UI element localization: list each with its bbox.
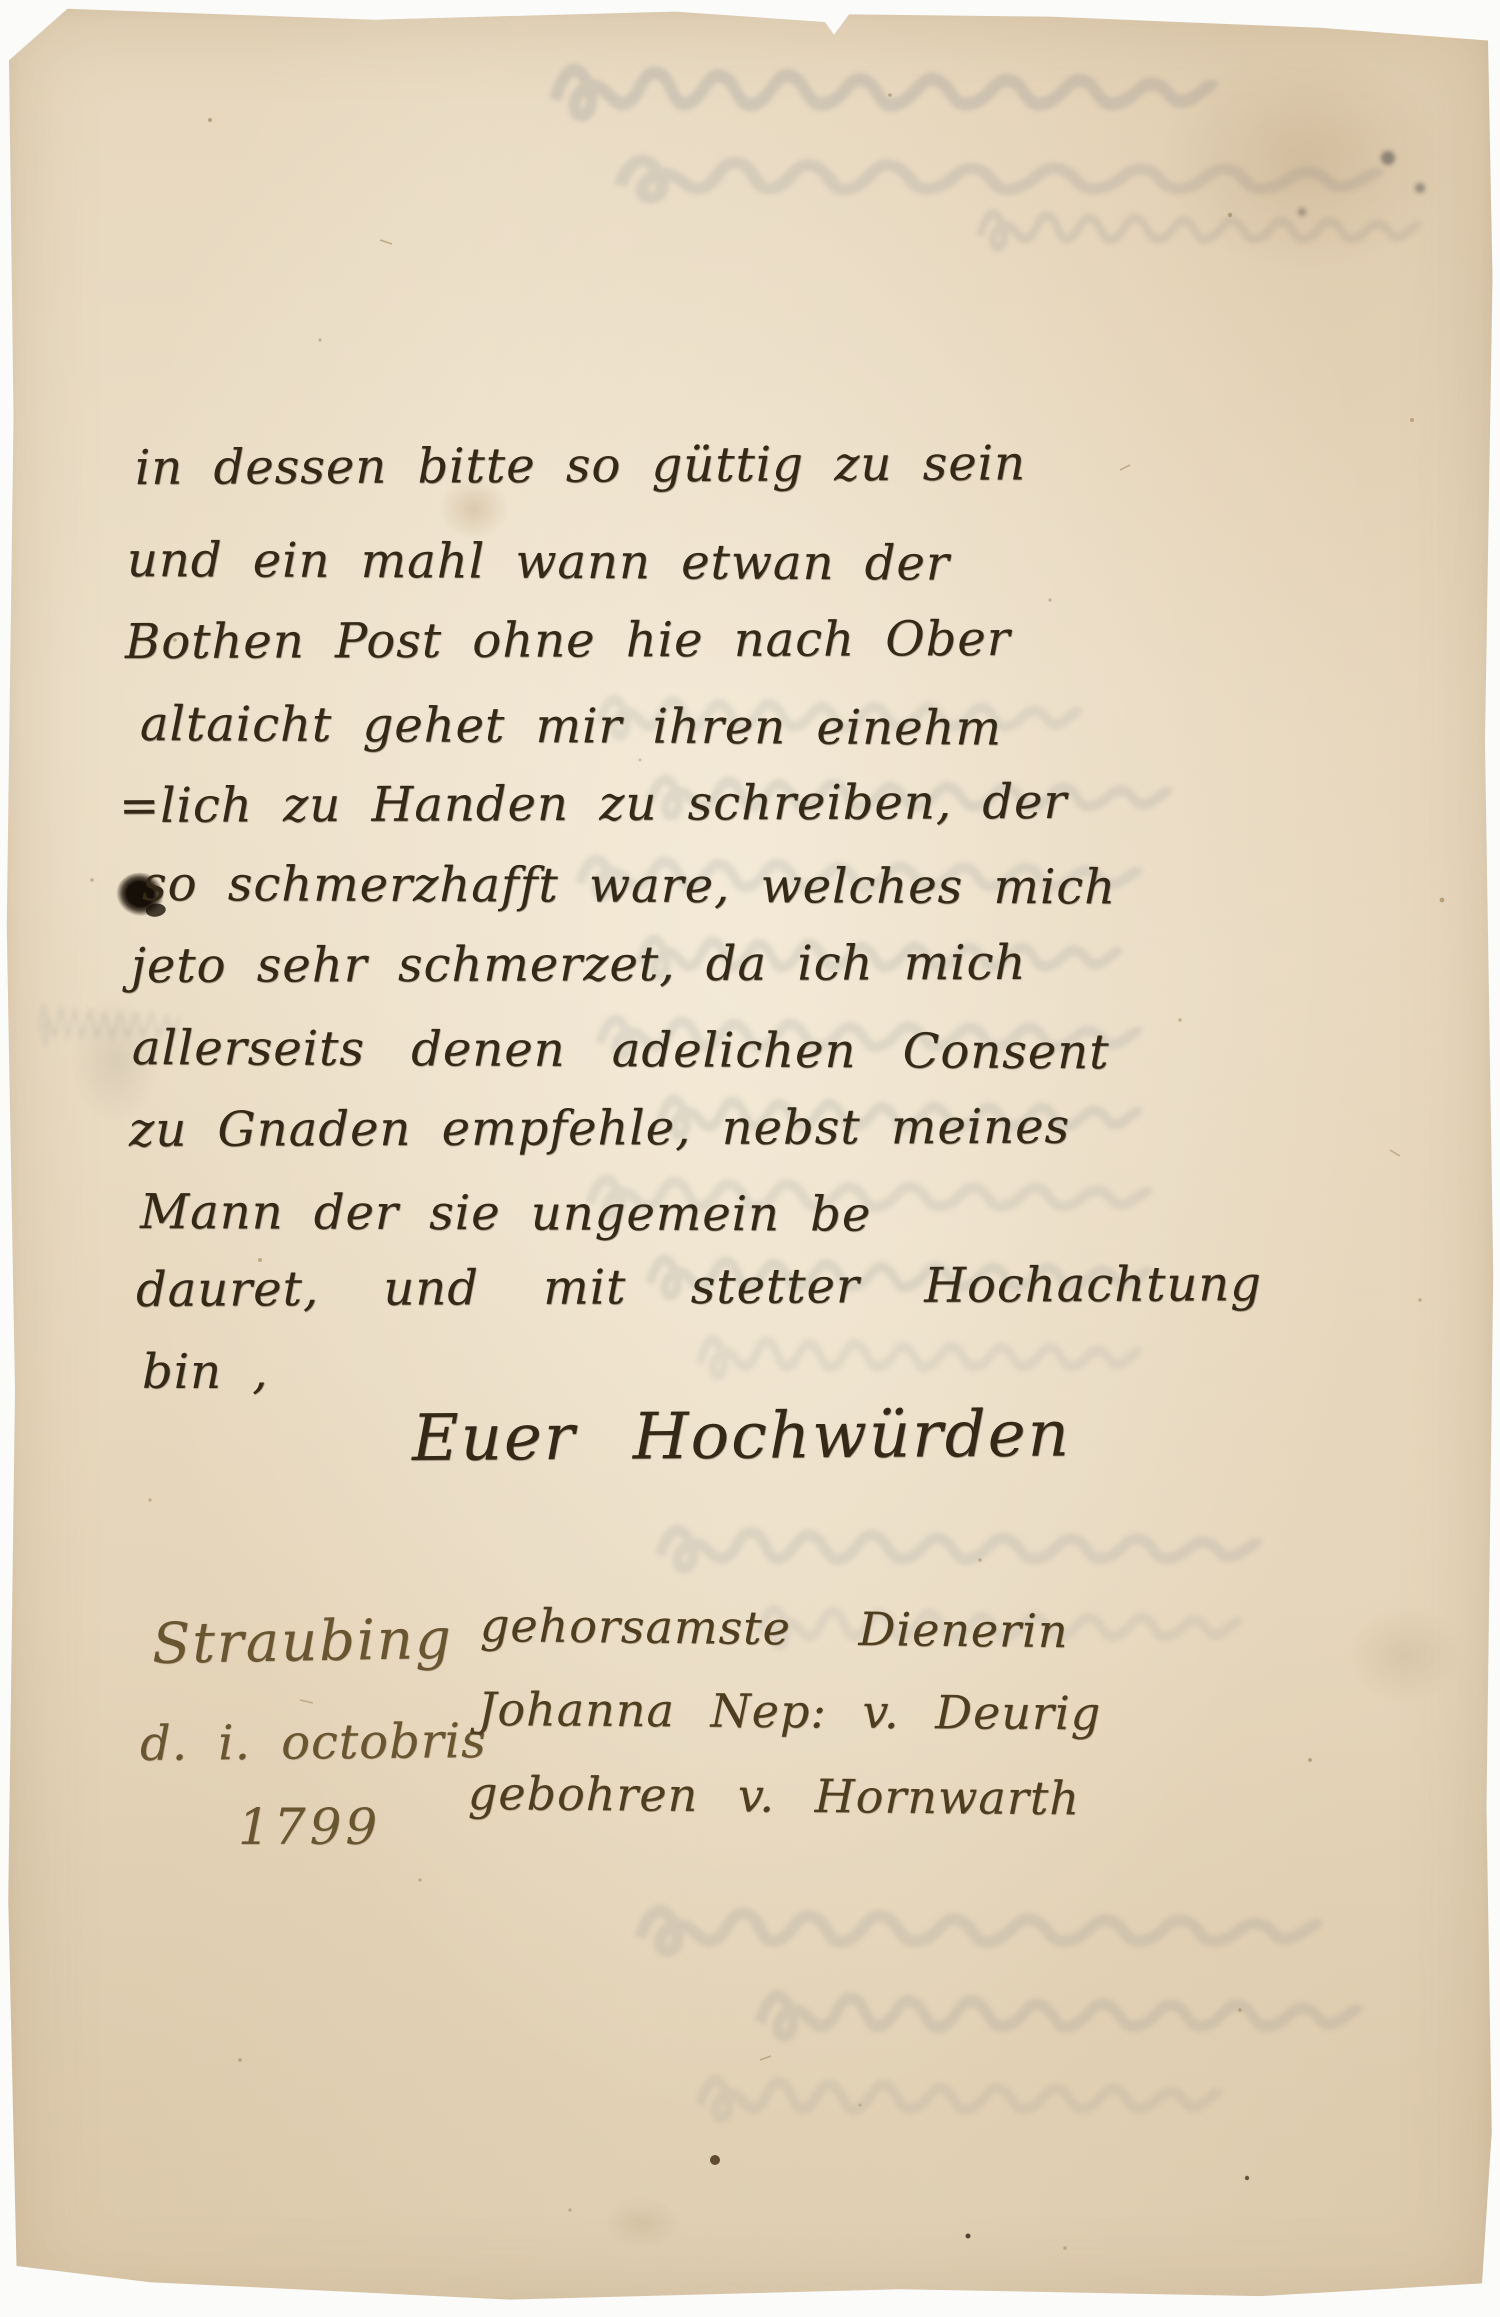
body-line-10: Mann der sie ungemein be (140, 1184, 872, 1243)
body-line-9: zu Gnaden empfehle, nebst meines (129, 1099, 1070, 1158)
year: 1799 (238, 1798, 381, 1856)
paper-specks (0, 0, 1500, 2317)
scanned-letter-page: in dessen bitte so güttig zu sein und ei… (0, 0, 1500, 2317)
paper-sheet: in dessen bitte so güttig zu sein und ei… (0, 0, 1500, 2317)
body-line-4: altaicht gehet mir ihren einehm (140, 696, 1002, 757)
body-line-8: allerseits denen adelichen Consent (132, 1020, 1110, 1080)
body-line-11: dauret, und mit stetter Hochachtung (136, 1256, 1262, 1318)
body-line-1: in dessen bitte so güttig zu sein (135, 435, 1026, 496)
signature-line-2: Johanna Nep: v. Deurig (478, 1682, 1102, 1740)
body-line-7: jeto sehr schmerzet, da ich mich (131, 935, 1027, 994)
body-line-6: so schmerzhafft ware, welches mich (142, 856, 1116, 915)
body-line-2: und ein mahl wann etwan der (127, 532, 950, 592)
body-line-3: Bothen Post ohne hie nach Ober (125, 611, 1011, 670)
signature-line-1: gehorsamste Dienerin (480, 1598, 1069, 1658)
closing-salutation: Euer Hochwürden (412, 1397, 1071, 1476)
place-name: Straubing (151, 1607, 453, 1677)
body-line-5: =lich zu Handen zu schreiben, der (119, 774, 1068, 834)
signature-line-3: gebohren v. Hornwarth (468, 1766, 1080, 1825)
body-line-12: bin , (142, 1344, 269, 1400)
date-line: d. i. octobris (140, 1713, 487, 1772)
